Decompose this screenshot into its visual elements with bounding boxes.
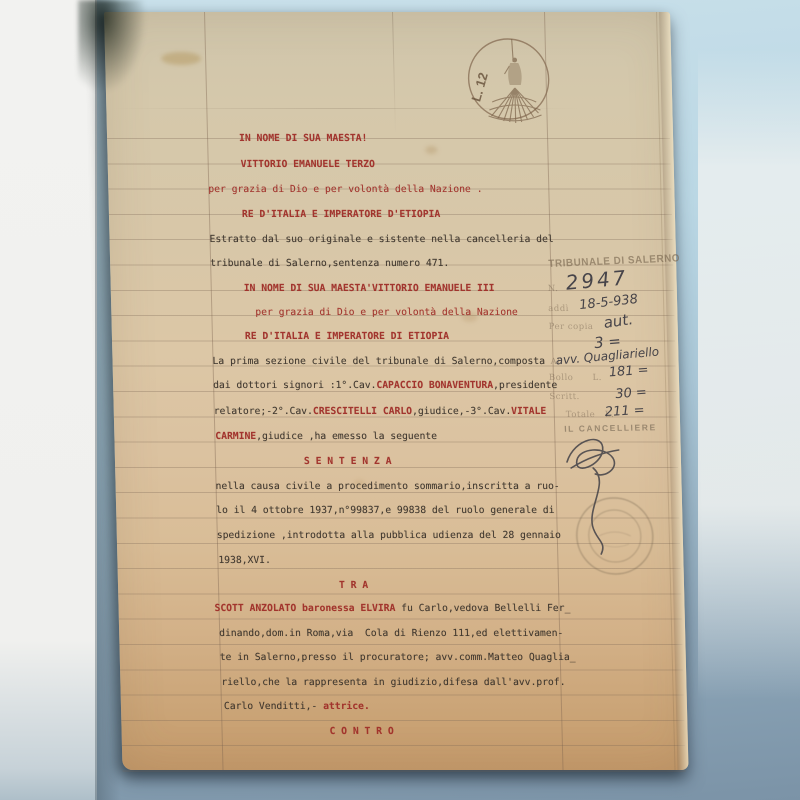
photo-of-court-document: { "colors": { "paper": "#d7c6a6", "paper… <box>0 0 800 800</box>
doc-line-10: La prima sezione civile del tribunale di… <box>212 356 545 368</box>
doc-line-11: dai dottori signori :1°.Cav.CAPACCIO BON… <box>213 380 557 392</box>
doc-line-22: te in Salerno,presso il procuratore; avv… <box>220 652 576 664</box>
label-n: N. <box>548 284 559 294</box>
doc-line-1: IN NOME DI SUA MAESTA! <box>239 133 368 145</box>
handwritten-totale-amount: 211 = <box>604 403 645 420</box>
doc-line-8: per grazia di Dio e per volontà della Na… <box>255 307 518 319</box>
label-bollo: Bollo L. <box>549 373 602 383</box>
label-per-copia: Per copia <box>549 322 594 332</box>
doc-line-4: RE D'ITALIA E IMPERATORE D'ETIOPIA <box>242 209 441 221</box>
document-page: L. 12 IN NOME DI SUA MAESTA! VITTORIO EM… <box>104 12 689 770</box>
doc-line-21: dinando,dom.in Roma,via Cola di Rienzo 1… <box>219 628 563 640</box>
paper-stain <box>161 52 201 65</box>
doc-line-23: riello,che la rappresenta in giudizio,di… <box>221 677 565 689</box>
label-addi: addì <box>548 304 569 314</box>
doc-line-16: lo il 4 ottobre 1937,n°99837,e 99838 del… <box>216 505 555 517</box>
carta-bollata-revenue-stamp-icon: L. 12 <box>463 36 555 124</box>
doc-line-12: relatore;-2°.Cav.CRESCITELLI CARLO,giudi… <box>214 406 547 418</box>
glass-backing-highlight <box>698 50 800 700</box>
fold-crease-vertical <box>392 12 396 134</box>
doc-line-13: CARMINE,giudice ,ha emesso la seguente <box>215 431 437 443</box>
doc-line-19: T R A <box>339 580 368 592</box>
doc-line-20: SCOTT ANZOLATO baronessa ELVIRA fu Carlo… <box>214 603 570 615</box>
doc-line-15: nella causa civile a procedimento sommar… <box>215 481 559 493</box>
doc-line-18: 1938,XVI. <box>218 555 271 567</box>
handwritten-bollo-amount: 181 = <box>608 363 649 381</box>
paper-stain <box>425 146 437 154</box>
table-surface <box>0 0 97 800</box>
label-scritt: Scritt. <box>549 392 580 402</box>
doc-line-17: spedizione ,introdotta alla pubblica udi… <box>217 530 561 542</box>
doc-line-14: S E N T E N Z A <box>304 456 392 468</box>
doc-line-7: IN NOME DI SUA MAESTA'VITTORIO EMANUELE … <box>244 283 495 295</box>
doc-line-9: RE D'ITALIA E IMPERATORE DI ETIOPIA <box>245 331 449 343</box>
round-ink-stamp-icon <box>568 490 662 582</box>
doc-line-2: VITTORIO EMANUELE TERZO <box>241 159 375 171</box>
doc-line-6: tribunale di Salerno,sentenza numero 471… <box>210 258 449 270</box>
doc-line-3: per grazia di Dio e per volontà della Na… <box>208 184 482 196</box>
doc-line-5: Estratto dal suo originale e sistente ne… <box>209 234 553 246</box>
doc-line-25: C O N T R O <box>329 726 393 738</box>
handwritten-scritt-amount: 30 = <box>615 385 648 402</box>
stamp-denomination: L. 12 <box>468 71 490 104</box>
doc-line-24: Carlo Venditti,- attrice. <box>224 701 370 713</box>
